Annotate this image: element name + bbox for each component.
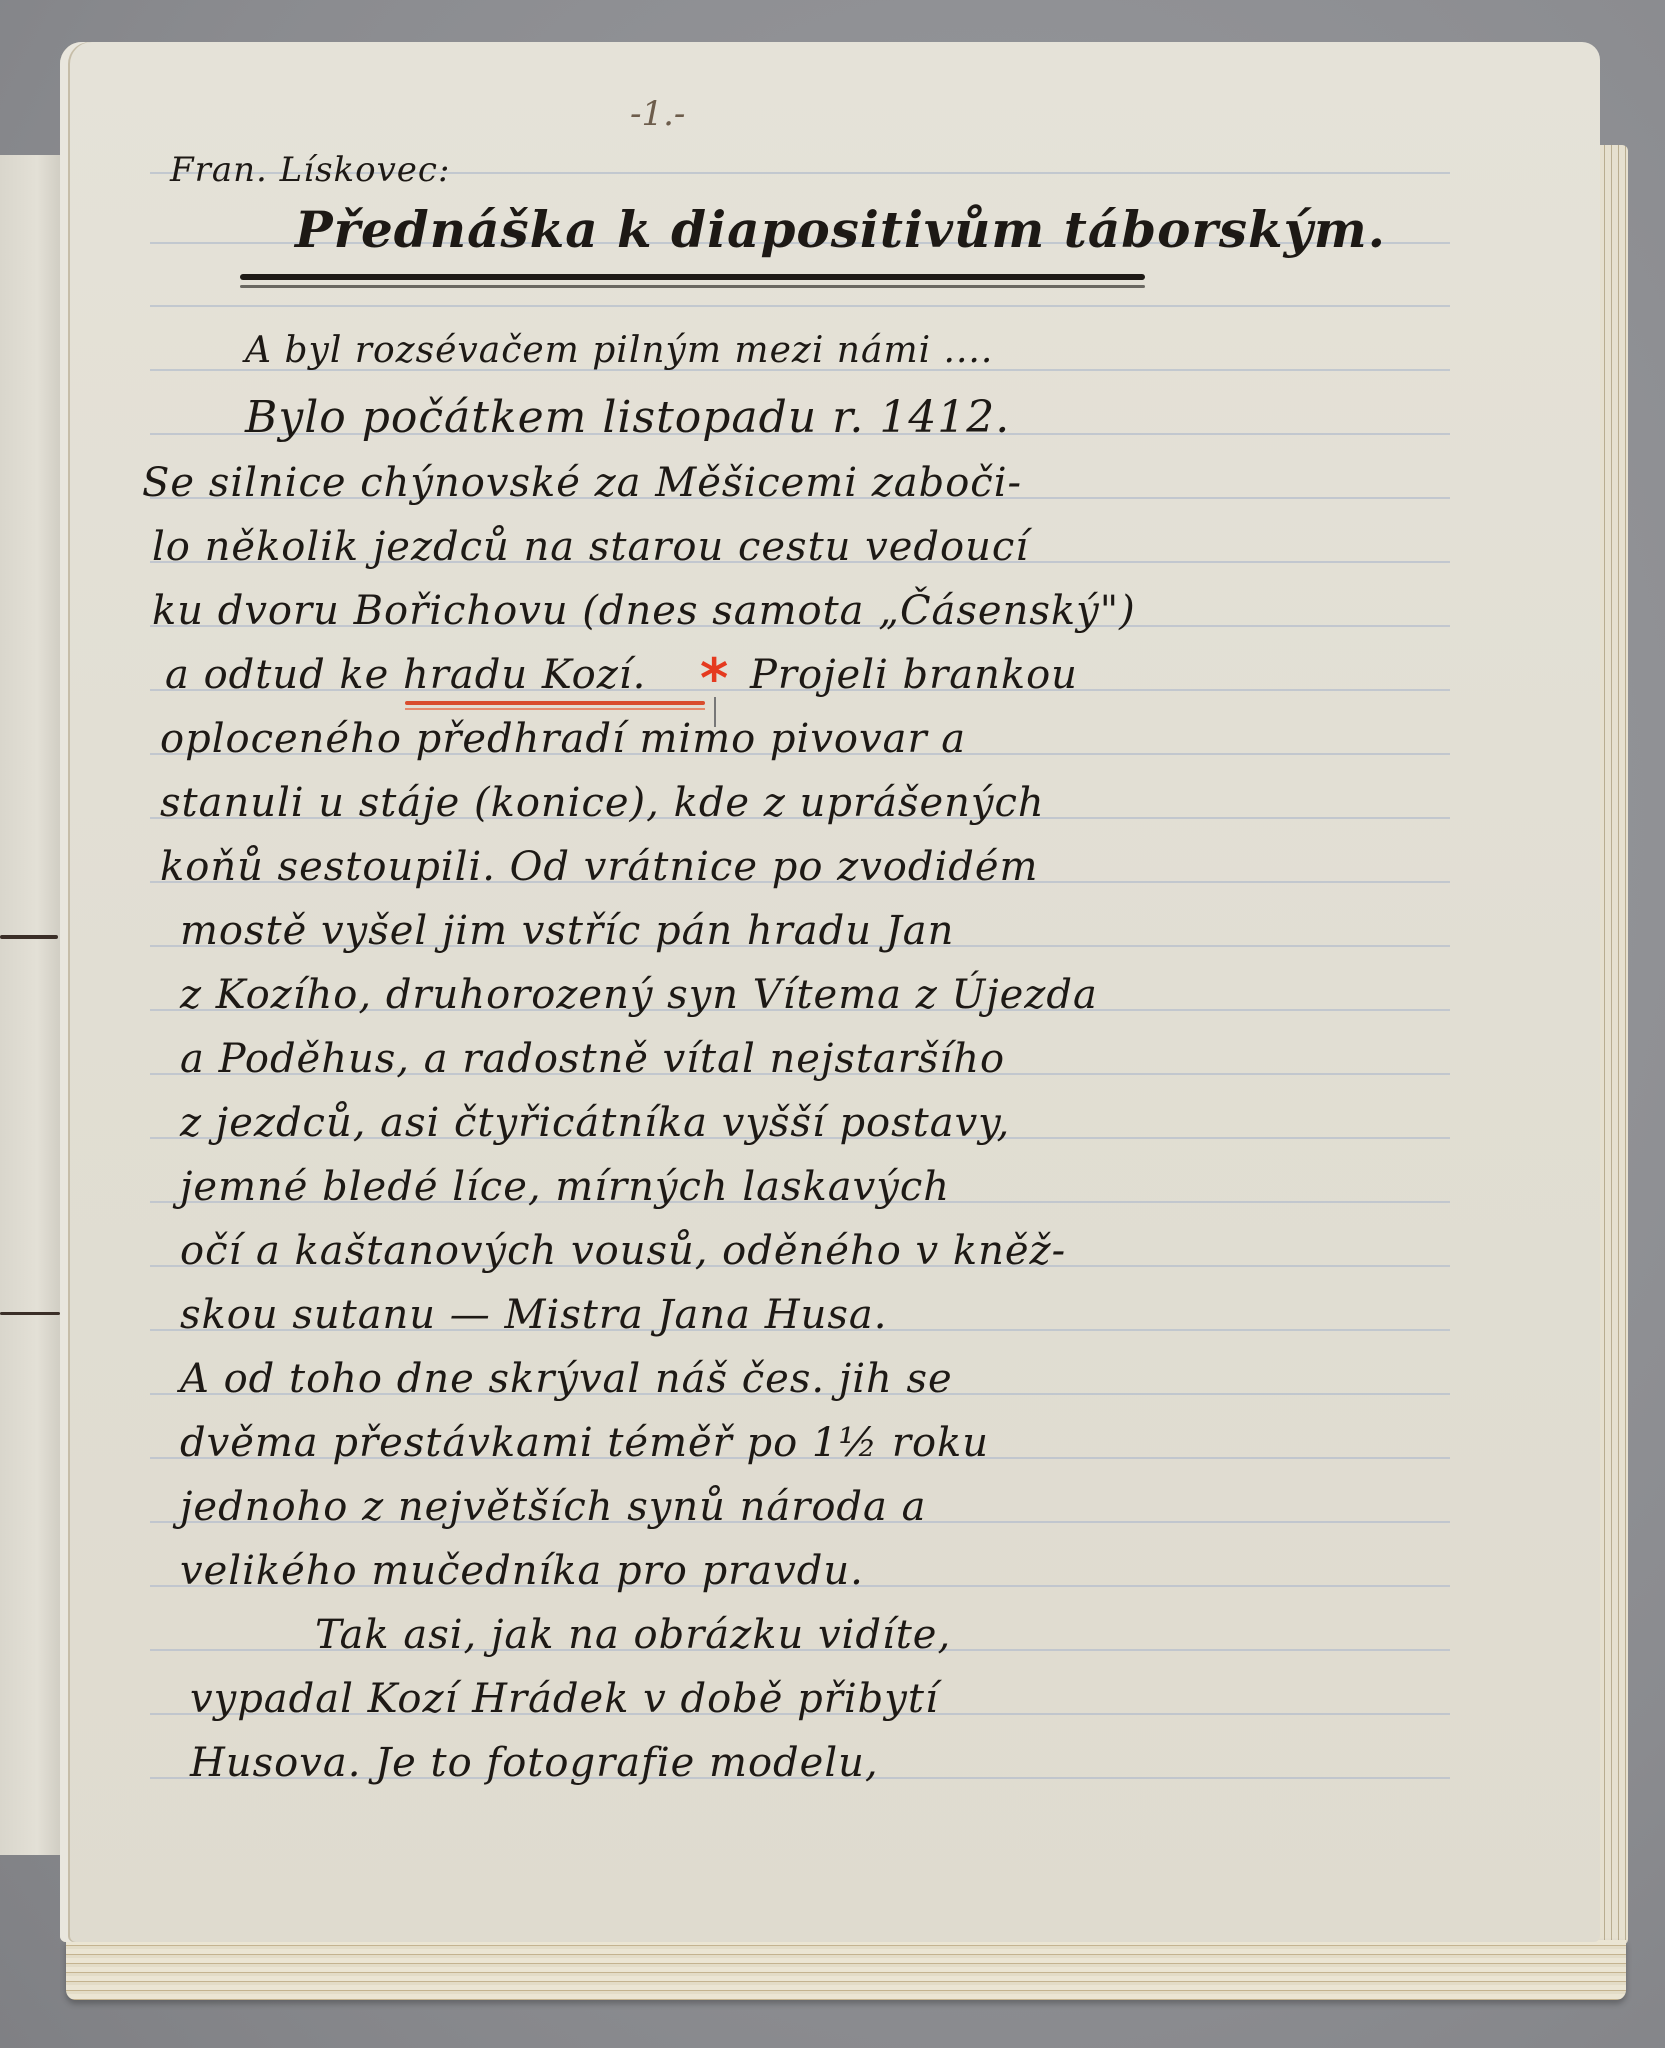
text-line: z jezdců, asi čtyřicátníka vyšší postavy… xyxy=(180,1100,1010,1146)
page-stack-bottom-edge xyxy=(66,1940,1626,2000)
red-underline xyxy=(405,701,705,705)
text-line-castle-ref: a odtud ke hradu Kozí. xyxy=(165,652,646,698)
text-line: oploceného předhradí mimo pivovar a xyxy=(160,716,966,762)
text-line: stanuli u stáje (konice), kde z uprášený… xyxy=(160,780,1045,826)
manuscript-page: -1.- Fran. Lískovec: Přednáška k diaposi… xyxy=(60,42,1600,1942)
text-line-continuation: Projeli brankou xyxy=(750,652,1078,698)
text-line: Se silnice chýnovské za Měšicemi zaboči- xyxy=(142,460,1022,506)
text-line: Husova. Je to fotografie modelu, xyxy=(190,1740,879,1786)
author-line: Fran. Lískovec: xyxy=(170,150,450,190)
text-line: očí a kaštanových vousů, oděného v kněž- xyxy=(180,1228,1066,1274)
text-line: a Poděhus, a radostně vítal nejstaršího xyxy=(180,1036,1005,1082)
text-line: lo několik jezdců na starou cestu vedouc… xyxy=(152,524,1029,570)
binding-spine xyxy=(0,155,64,1855)
text-line: Bylo počátkem listopadu r. 1412. xyxy=(245,392,1010,443)
text-line: jemné bledé líce, mírných laskavých xyxy=(180,1164,950,1210)
text-line: skou sutanu — Mistra Jana Husa. xyxy=(180,1292,887,1338)
text-line: velikého mučedníka pro pravdu. xyxy=(180,1548,864,1594)
text-line-epigraph: A byl rozsévačem pilným mezi námi .... xyxy=(245,330,993,371)
page-stack-right-edge xyxy=(1598,145,1628,1945)
spine-tear xyxy=(0,1312,60,1315)
text-line: A od toho dne skrýval náš čes. jih se xyxy=(180,1356,953,1402)
text-line: vypadal Kozí Hrádek v době přibytí xyxy=(190,1676,939,1722)
text-line: z Kozího, druhorozený syn Vítema z Újezd… xyxy=(180,972,1098,1018)
text-line: jednoho z největších synů národa a xyxy=(180,1484,926,1530)
page-title: Přednáška k diapositivům táborským. xyxy=(295,200,1386,259)
title-underline-thin xyxy=(240,285,1145,288)
spine-tear xyxy=(0,935,58,939)
title-underline xyxy=(240,274,1145,280)
text-line: mostě vyšel jim vstříc pán hradu Jan xyxy=(180,908,954,954)
page-number: -1.- xyxy=(630,94,685,134)
text-line: ku dvoru Bořichovu (dnes samota „Čásensk… xyxy=(152,588,1136,634)
ruled-line xyxy=(150,305,1450,307)
text-line: koňů sestoupili. Od vrátnice po zvodidém xyxy=(160,844,1038,890)
red-underline-thin xyxy=(405,708,705,710)
text-line-paragraph-start: Tak asi, jak na obrázku vidíte, xyxy=(315,1612,951,1658)
text-line: dvěma přestávkami téměř po 1½ roku xyxy=(180,1420,989,1466)
